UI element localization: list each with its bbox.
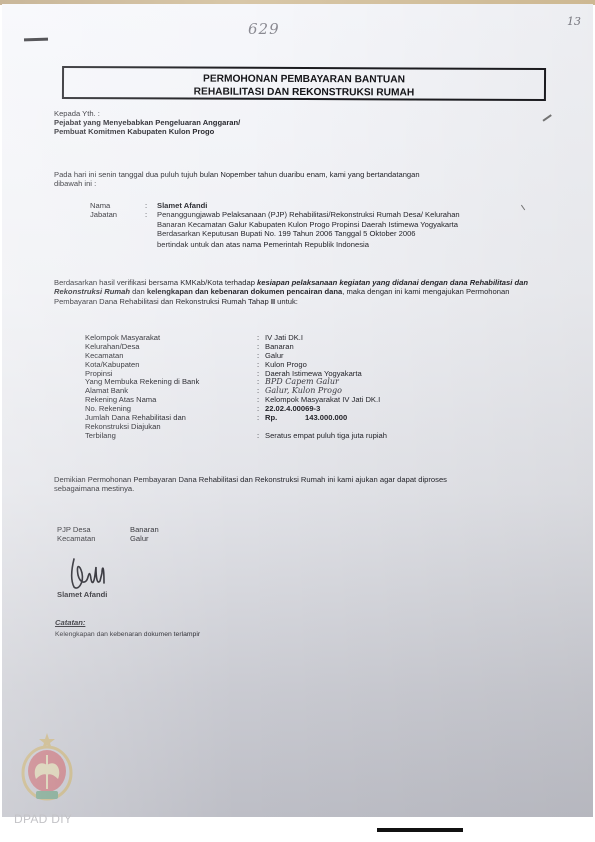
detail-row: Kelurahan/Desa:Banaran — [85, 342, 387, 351]
detail-label: Rekonstruksi Diajukan — [85, 422, 257, 431]
document-page: 629 13 PERMOHONAN PEMBAYARAN BANTUAN REH… — [2, 4, 593, 817]
detail-value: Rp.143.000.000 — [265, 413, 347, 422]
detail-value: 22.02.4.00069-3 — [265, 404, 320, 413]
detail-label: Propinsi — [85, 369, 257, 378]
catatan-text: Kelengkapan dan kebenaran dokumen terlam… — [55, 630, 200, 639]
details-table: Kelompok Masyarakat:IV Jati DK.IKeluraha… — [85, 333, 387, 440]
identity-section: Nama : Slamet Afandi Jabatan : Penanggun… — [90, 201, 557, 249]
detail-value: Daerah Istimewa Yogyakarta — [265, 369, 362, 378]
jabatan-value: Penanggungjawab Pelaksanaan (PJP) Rehabi… — [157, 210, 557, 249]
catatan-heading: Catatan: — [55, 618, 85, 627]
detail-label: Yang Membuka Rekening di Bank — [85, 377, 257, 386]
detail-row: Yang Membuka Rekening di Bank:BPD Capem … — [85, 377, 387, 386]
handwritten-signature — [66, 553, 112, 593]
detail-value: IV Jati DK.I — [265, 333, 303, 342]
detail-value: Kulon Progo — [265, 360, 307, 369]
detail-label: Rekening Atas Nama — [85, 395, 257, 404]
document-title-box: PERMOHONAN PEMBAYARAN BANTUAN REHABILITA… — [62, 66, 546, 101]
colon: : — [257, 413, 265, 422]
jabatan-line: bertindak untuk dan atas nama Pemerintah… — [157, 240, 557, 249]
dpad-emblem-icon — [16, 731, 78, 807]
nama-value: Slamet Afandi — [157, 201, 557, 210]
detail-row-continuation: Rekonstruksi Diajukan — [85, 422, 387, 431]
jabatan-line: Penanggungjawab Pelaksanaan (PJP) Rehabi… — [157, 210, 557, 219]
colon: : — [257, 431, 265, 440]
detail-row: No. Rekening:22.02.4.00069-3 — [85, 404, 387, 413]
colon: : — [257, 351, 265, 360]
detail-label: No. Rekening — [85, 404, 257, 413]
detail-row: Kota/Kabupaten:Kulon Progo — [85, 360, 387, 369]
pjp-label: PJP Desa — [57, 525, 130, 534]
colon: : — [257, 360, 265, 369]
detail-value: Galur, Kulon Progo — [265, 386, 342, 395]
kecamatan-row: Kecamatan Galur — [57, 534, 159, 543]
signature-block: PJP Desa Banaran Kecamatan Galur — [57, 525, 159, 544]
detail-label: Kota/Kabupaten — [85, 360, 257, 369]
basis-emphasis: kelengkapan dan kebenaran dokumen pencai… — [147, 287, 342, 296]
colon: : — [145, 210, 157, 249]
detail-value: Seratus empat puluh tiga juta rupiah — [265, 431, 387, 440]
watermark-dpad-diy: DPAD DIY — [14, 812, 72, 826]
detail-label: Kelurahan/Desa — [85, 342, 257, 351]
detail-value: Kelompok Masyarakat IV Jati DK.I — [265, 395, 380, 404]
detail-row: Jumlah Dana Rehabilitasi dan:Rp.143.000.… — [85, 413, 387, 422]
currency-label: Rp. — [265, 413, 305, 422]
scan-bottom-bar — [377, 828, 463, 832]
detail-row: Alamat Bank:Galur, Kulon Progo — [85, 386, 387, 395]
pen-dash-mark — [24, 38, 48, 42]
addressee: Pejabat yang Menyebabkan Pengeluaran Ang… — [54, 118, 240, 137]
basis-text: dan — [130, 287, 147, 296]
detail-value: Galur — [265, 351, 284, 360]
pen-tick-mark — [542, 114, 551, 121]
amount-value: 143.000.000 — [305, 413, 347, 422]
basis-text: untuk: — [275, 297, 298, 306]
colon: : — [257, 404, 265, 413]
detail-row: Kecamatan:Galur — [85, 351, 387, 360]
detail-label: Alamat Bank — [85, 386, 257, 395]
jabatan-line: Banaran Kecamatan Galur Kabupaten Kulon … — [157, 220, 557, 229]
detail-value: Banaran — [265, 342, 294, 351]
addressee-line-1: Pejabat yang Menyebabkan Pengeluaran Ang… — [54, 118, 240, 127]
basis-text: Berdasarkan hasil verifikasi bersama KMK… — [54, 278, 257, 287]
detail-row: Terbilang:Seratus empat puluh tiga juta … — [85, 431, 387, 440]
colon: : — [257, 333, 265, 342]
closing-paragraph: Demikian Permohonan Pembayaran Dana Reha… — [54, 475, 546, 494]
basis-paragraph: Berdasarkan hasil verifikasi bersama KMK… — [54, 278, 546, 306]
pjp-row: PJP Desa Banaran — [57, 525, 159, 534]
signer-name: Slamet Afandi — [57, 590, 107, 599]
addressee-line-2: Pembuat Komitmen Kabupaten Kulon Progo — [54, 127, 240, 136]
identity-row-jabatan: Jabatan : Penanggungjawab Pelaksanaan (P… — [90, 210, 557, 249]
salutation: Kepada Yth. : — [54, 109, 100, 118]
intro-line-1: Pada hari ini senin tanggal dua puluh tu… — [54, 170, 544, 179]
intro-line-2: dibawah ini : — [54, 179, 544, 188]
nama-label: Nama — [90, 201, 145, 210]
colon: : — [145, 201, 157, 210]
jabatan-label: Jabatan — [90, 210, 145, 249]
detail-row: Kelompok Masyarakat:IV Jati DK.I — [85, 333, 387, 342]
colon: : — [257, 395, 265, 404]
closing-line-2: sebagaimana mestinya. — [54, 484, 546, 493]
detail-label: Terbilang — [85, 431, 257, 440]
detail-value: BPD Capem Galur — [265, 377, 339, 386]
colon: : — [257, 342, 265, 351]
detail-label: Kelompok Masyarakat — [85, 333, 257, 342]
detail-row: Propinsi:Daerah Istimewa Yogyakarta — [85, 369, 387, 378]
handwritten-page-number: 629 — [248, 20, 280, 38]
closing-line-1: Demikian Permohonan Pembayaran Dana Reha… — [54, 475, 546, 484]
detail-label: Kecamatan — [85, 351, 257, 360]
detail-row: Rekening Atas Nama:Kelompok Masyarakat I… — [85, 395, 387, 404]
colon: : — [257, 377, 265, 386]
kecamatan-value: Galur — [130, 534, 149, 543]
detail-label: Jumlah Dana Rehabilitasi dan — [85, 413, 257, 422]
pjp-value: Banaran — [130, 525, 159, 534]
jabatan-line: Berdasarkan Keputusan Bupati No. 199 Tah… — [157, 229, 557, 238]
colon: : — [257, 369, 265, 378]
kecamatan-label: Kecamatan — [57, 534, 130, 543]
handwritten-corner-mark: 13 — [567, 15, 581, 28]
identity-row-nama: Nama : Slamet Afandi — [90, 201, 557, 210]
intro-paragraph: Pada hari ini senin tanggal dua puluh tu… — [54, 170, 544, 189]
title-line-2: REHABILITASI DAN REKONSTRUKSI RUMAH — [64, 85, 544, 100]
colon: : — [257, 386, 265, 395]
